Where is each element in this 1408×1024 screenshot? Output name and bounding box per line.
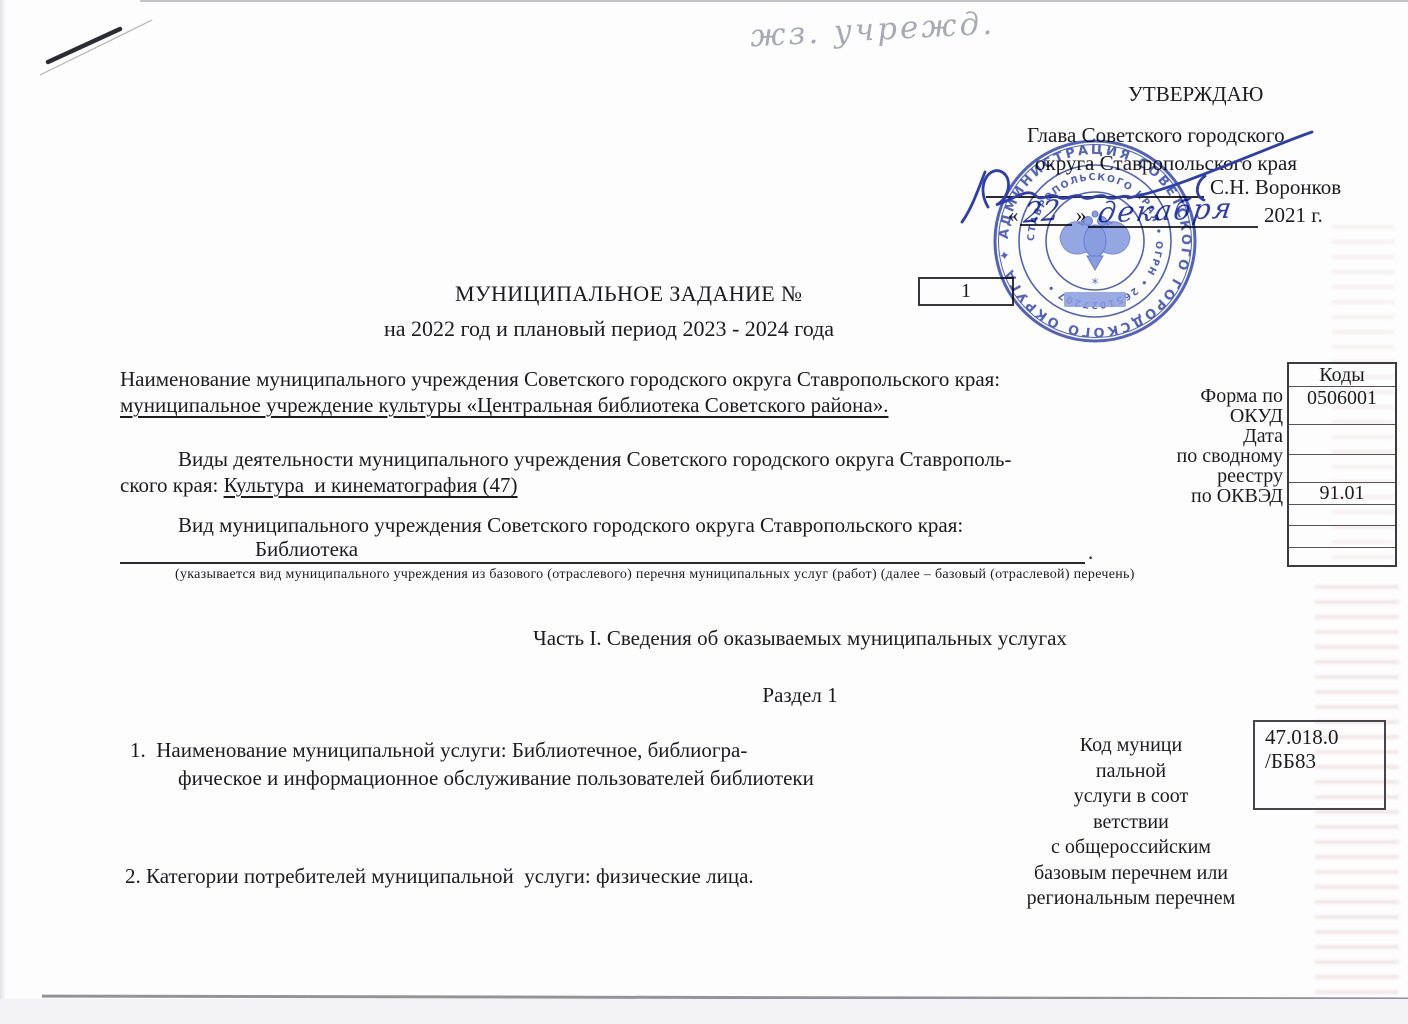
code-label-line: базовым перечнем или [1000,861,1262,887]
service-code-value-line1: 47.018.0 [1265,725,1384,749]
service-code-label: Код муници пальной услуги в соот ветстви… [1000,733,1262,912]
approval-title: УТВЕРЖДАЮ [1128,82,1263,107]
doc-subtitle: на 2022 год и плановый период 2023 - 202… [384,316,834,342]
scan-top-edge [140,0,1408,2]
pencil-note: жз. учрежд. [749,6,996,55]
codes-table: Коды 0506001 91.01 [1287,362,1397,567]
type-period: . [1088,540,1093,565]
stamp-star: * [1092,277,1099,292]
side-label-po-svodnomu: по сводному [1100,446,1283,466]
codes-cell-data [1289,424,1395,454]
side-label-forma-po: Форма по [1100,386,1283,406]
doc-title: МУНИЦИПАЛЬНОЕ ЗАДАНИЕ № [455,281,802,307]
code-label-line: Код муници [1000,733,1262,759]
service-code-box: 47.018.0 /ББ83 [1253,720,1386,810]
signature [950,120,1350,240]
institution-type-label: Вид муниципального учреждения Советского… [178,513,963,538]
institution-name-label: Наименование муниципального учреждения С… [120,367,1000,392]
codes-cell-empty-2 [1289,525,1395,547]
code-label-line: услуги в соот [1000,784,1262,810]
activity-line2: ского края: Культура и кинематография (4… [120,473,518,498]
activity-prefix: ского края: [120,473,224,497]
institution-type-value: Библиотека [255,537,358,561]
codes-header: Коды [1289,364,1395,386]
corner-pen-mark [30,10,170,90]
code-label-line: региональным перечнем [1000,886,1262,912]
codes-cell-empty-3 [1289,547,1395,565]
stamp-banner [1064,292,1126,307]
codes-cell-okved: 91.01 [1289,482,1395,504]
scan-left-edge [0,0,6,1000]
type-footnote: (указывается вид муниципального учрежден… [175,566,1185,583]
task-number: 1 [961,280,971,302]
scanned-document-page: жз. учрежд. УТВЕРЖДАЮ Глава Советского г… [0,0,1408,1024]
side-label-reestru: реестру [1100,466,1283,486]
part1-heading: Часть I. Сведения об оказываемых муницип… [300,626,1300,651]
code-label-line: ветствии [1000,810,1262,836]
service-item-2: 2. Категории потребителей муниципальной … [125,864,754,889]
section-heading: Раздел 1 [300,683,1300,708]
code-label-line: с общероссийским [1000,835,1262,861]
code-label-line: пальной [1000,759,1262,785]
side-label-okved: по ОКВЭД [1100,486,1283,506]
side-label-okud: ОКУД [1100,406,1283,426]
service-item-1-line1: 1. Наименование муниципальной услуги: Би… [130,738,747,763]
scanner-background [0,999,1408,1024]
institution-type-underline: Библиотека [120,537,1085,564]
service-code-value-line2: /ББ83 [1265,749,1384,773]
activity-line1: Виды деятельности муниципального учрежде… [178,447,1012,472]
codes-cell-svodny-reestr [1289,454,1395,482]
codes-side-labels: Форма по ОКУД Дата по сводному реестру п… [1100,386,1283,506]
codes-cell-empty-1 [1289,504,1395,525]
service-item-1-line2: фическое и информационное обслуживание п… [178,766,814,791]
side-label-data: Дата [1100,426,1283,446]
codes-cell-okud: 0506001 [1289,386,1395,424]
activity-value: Культура и кинематография (47) [224,473,518,497]
institution-name-value: муниципальное учреждение культуры «Центр… [120,393,888,418]
